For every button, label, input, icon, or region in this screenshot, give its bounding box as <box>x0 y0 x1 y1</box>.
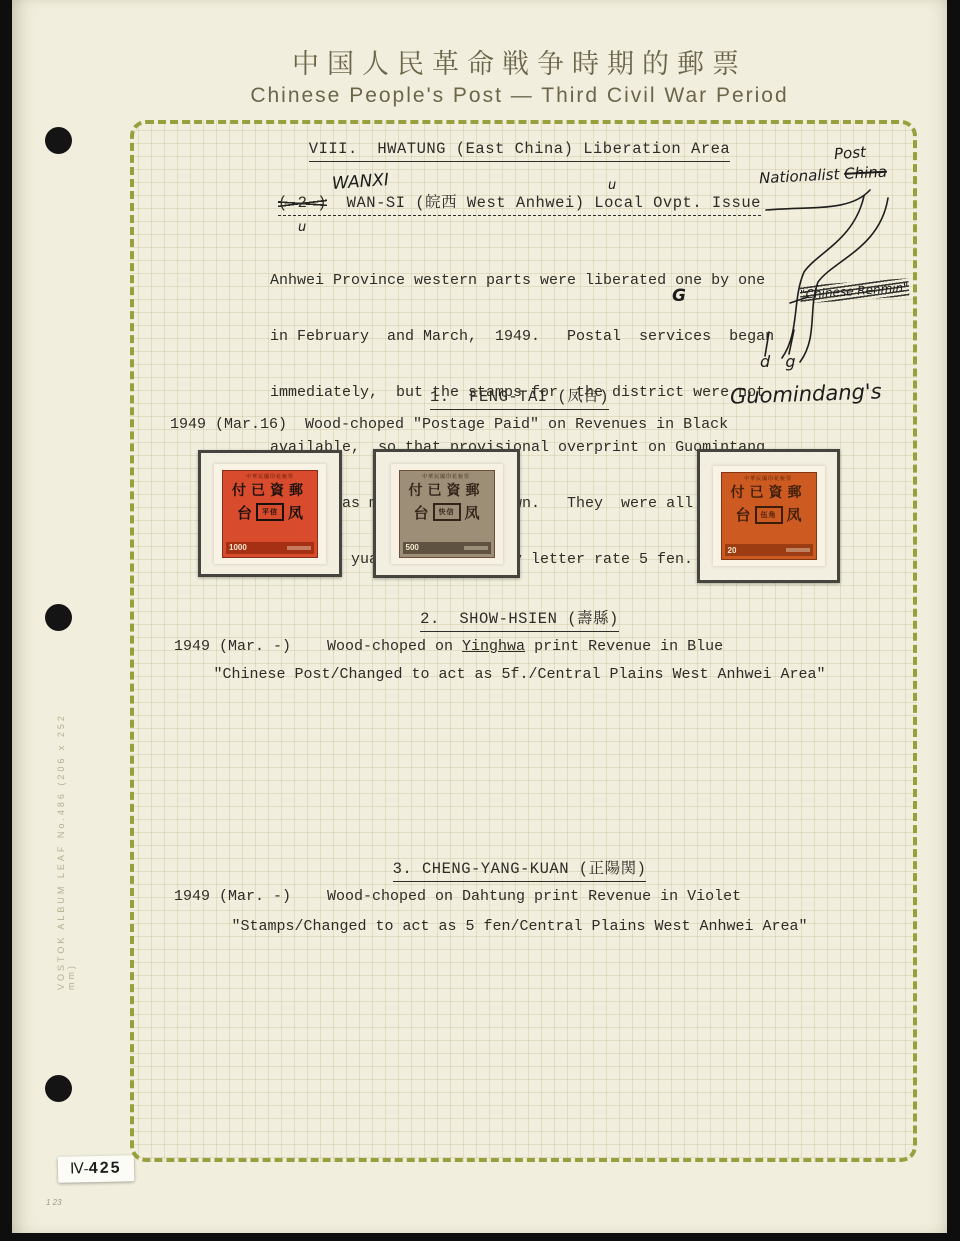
caption-underlined-word: Yinghwa <box>462 638 525 655</box>
sticker-roman-numeral: Ⅳ <box>70 1161 84 1177</box>
section3-heading: 3. CHENG-YANG-KUAN (正陽関) <box>393 856 647 882</box>
stamp-3-fengtai-orange: 中華民國印花稅票 付已資郵 台 伍角 凤 20 <box>721 472 817 560</box>
subsection-heading-row: ( 2 ) WAN-SI (皖西 West Anhwei) Local Ovpt… <box>130 190 909 216</box>
overprint-right: 凤 <box>288 502 303 523</box>
stamp-value: 20 <box>728 546 737 555</box>
page-title-chinese: 中国人民革命戦争時期的郵票 <box>130 42 909 81</box>
caption-post: print Revenue in Blue <box>525 638 723 655</box>
overprint-box: 伍角 <box>755 506 783 524</box>
overprint-left: 台 <box>237 502 252 523</box>
album-sheet: 中国人民革命戦争時期的郵票 Chinese People's Post — Th… <box>12 0 947 1233</box>
stamp-value: 1000 <box>229 543 247 552</box>
handwritten-u-paragraph: u <box>298 220 306 235</box>
handwritten-d: d <box>760 352 770 371</box>
section2-heading-row: 2. SHOW-HSIEN (壽縣) <box>130 606 909 632</box>
subsection-heading: ( 2 ) WAN-SI (皖西 West Anhwei) Local Ovpt… <box>278 190 761 216</box>
page-number-sticker: Ⅳ-425 <box>58 1155 134 1183</box>
section3-caption: 1949 (Mar. -) Wood-choped on Dahtung pri… <box>174 888 741 905</box>
section3-quote: "Stamps/Changed to act as 5 fen/Central … <box>130 918 909 935</box>
stamp-value: 500 <box>406 543 419 552</box>
paragraph-line: in February and March, 1949. Postal serv… <box>270 328 774 348</box>
section2-quote: "Chinese Post/Changed to act as 5f./Cent… <box>130 666 909 683</box>
overprint-right: 凤 <box>465 502 480 523</box>
section1-heading-row: 1. FENG-TAI (凤台) <box>130 384 909 410</box>
sticker-number: 425 <box>89 1159 122 1177</box>
crossed-number: ( 2 ) <box>278 194 327 212</box>
subsection-title: WAN-SI (皖西 West Anhwei) Local Ovpt. Issu… <box>347 194 761 212</box>
band-ornament <box>786 548 810 552</box>
stamp-overprint-top: 付已資郵 <box>731 485 807 501</box>
stamp-overprint-bottom: 台 伍角 凤 <box>735 504 801 525</box>
stamp-header-chars: 中華民國印花稅票 <box>423 473 471 479</box>
punch-hole-bottom <box>45 1075 72 1102</box>
section1-heading: 1. FENG-TAI (凤台) <box>430 384 609 410</box>
punch-hole-top <box>45 127 72 154</box>
handwritten-d-g: d g <box>760 352 796 371</box>
pencil-note: 1 23 <box>46 1198 62 1207</box>
stamp-paper: 中華民國印花稅票 付已資郵 台 快信 凤 500 <box>391 464 503 564</box>
handwritten-g-letter: g <box>785 352 795 371</box>
stamp-1-fengtai-red: 中華民國印花稅票 付已資郵 台 平信 凤 1000 <box>222 470 318 558</box>
stamp-paper: 中華民國印花稅票 付已資郵 台 平信 凤 1000 <box>214 464 326 564</box>
stamp-overprint-top: 付已資郵 <box>232 483 308 499</box>
handwritten-china-crossed: China <box>844 163 888 183</box>
overprint-right: 凤 <box>787 504 802 525</box>
section3-heading-row: 3. CHENG-YANG-KUAN (正陽関) <box>130 856 909 882</box>
stamp-overprint-bottom: 台 平信 凤 <box>237 502 303 523</box>
stamp-mount-1: 中華民國印花稅票 付已資郵 台 平信 凤 1000 <box>198 450 342 577</box>
stamp-mount-3: 中華民國印花稅票 付已資郵 台 伍角 凤 20 <box>697 449 840 583</box>
stamp-2-fengtai-sepia: 中華民國印花稅票 付已資郵 台 快信 凤 500 <box>399 470 495 558</box>
main-heading: VIII. HWATUNG (East China) Liberation Ar… <box>309 140 730 162</box>
overprint-left: 台 <box>735 504 750 525</box>
album-page-scan: 中国人民革命戦争時期的郵票 Chinese People's Post — Th… <box>0 0 960 1241</box>
stamp-value-band: 500 <box>403 542 491 554</box>
stamp-paper: 中華民國印花稅票 付已資郵 台 伍角 凤 20 <box>713 466 825 566</box>
album-leaf-imprint: VOSTOK ALBUM LEAF No.486 (206 x 252 mm) <box>56 690 76 990</box>
handwritten-u-heading: u <box>608 178 616 193</box>
punch-hole-middle <box>45 604 72 631</box>
overprint-box: 平信 <box>256 503 284 521</box>
section-heading-row: VIII. HWATUNG (East China) Liberation Ar… <box>130 140 909 162</box>
paragraph-line: Anhwei Province western parts were liber… <box>270 272 774 292</box>
section2-heading: 2. SHOW-HSIEN (壽縣) <box>420 606 619 632</box>
band-ornament <box>287 546 311 550</box>
stamp-header-chars: 中華民國印花稅票 <box>745 476 793 482</box>
stamp-value-band: 1000 <box>226 542 314 554</box>
stamp-header-chars: 中華民國印花稅票 <box>246 473 294 479</box>
band-ornament <box>464 546 488 550</box>
section2-caption: 1949 (Mar. -) Wood-choped on Yinghwa pri… <box>174 638 723 655</box>
section1-caption: 1949 (Mar.16) Wood-choped "Postage Paid"… <box>170 416 728 433</box>
stamp-value-band: 20 <box>725 544 813 556</box>
overprint-box: 快信 <box>433 503 461 521</box>
stamp-overprint-bottom: 台 快信 凤 <box>413 502 479 523</box>
handwritten-g-overwrite: G <box>672 286 686 306</box>
stamp-overprint-top: 付已資郵 <box>409 483 485 499</box>
caption-pre: 1949 (Mar. -) Wood-choped on <box>174 638 462 655</box>
overprint-left: 台 <box>413 502 428 523</box>
stamp-mount-2: 中華民國印花稅票 付已資郵 台 快信 凤 500 <box>373 449 520 578</box>
handwritten-post: Post <box>833 143 866 163</box>
page-title-english: Chinese People's Post — Third Civil War … <box>130 84 909 108</box>
